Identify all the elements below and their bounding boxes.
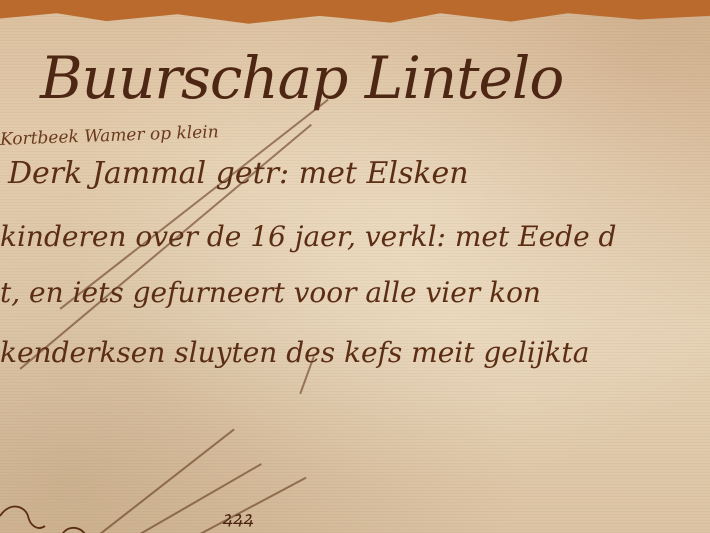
parchment-page: Buurschap Lintelo Kortbeek Wamer op klei… [0,8,710,533]
document-heading: Buurschap Lintelo [40,44,563,112]
text-line-3: kinderen over de 16 jaer, verkl: met Eed… [0,220,616,253]
flourish-mark [0,496,120,533]
signature-mark: ꝝꝝꝝ [222,506,253,530]
text-line-5: kenderksen sluyten des kefs meit gelijkt… [0,336,589,369]
